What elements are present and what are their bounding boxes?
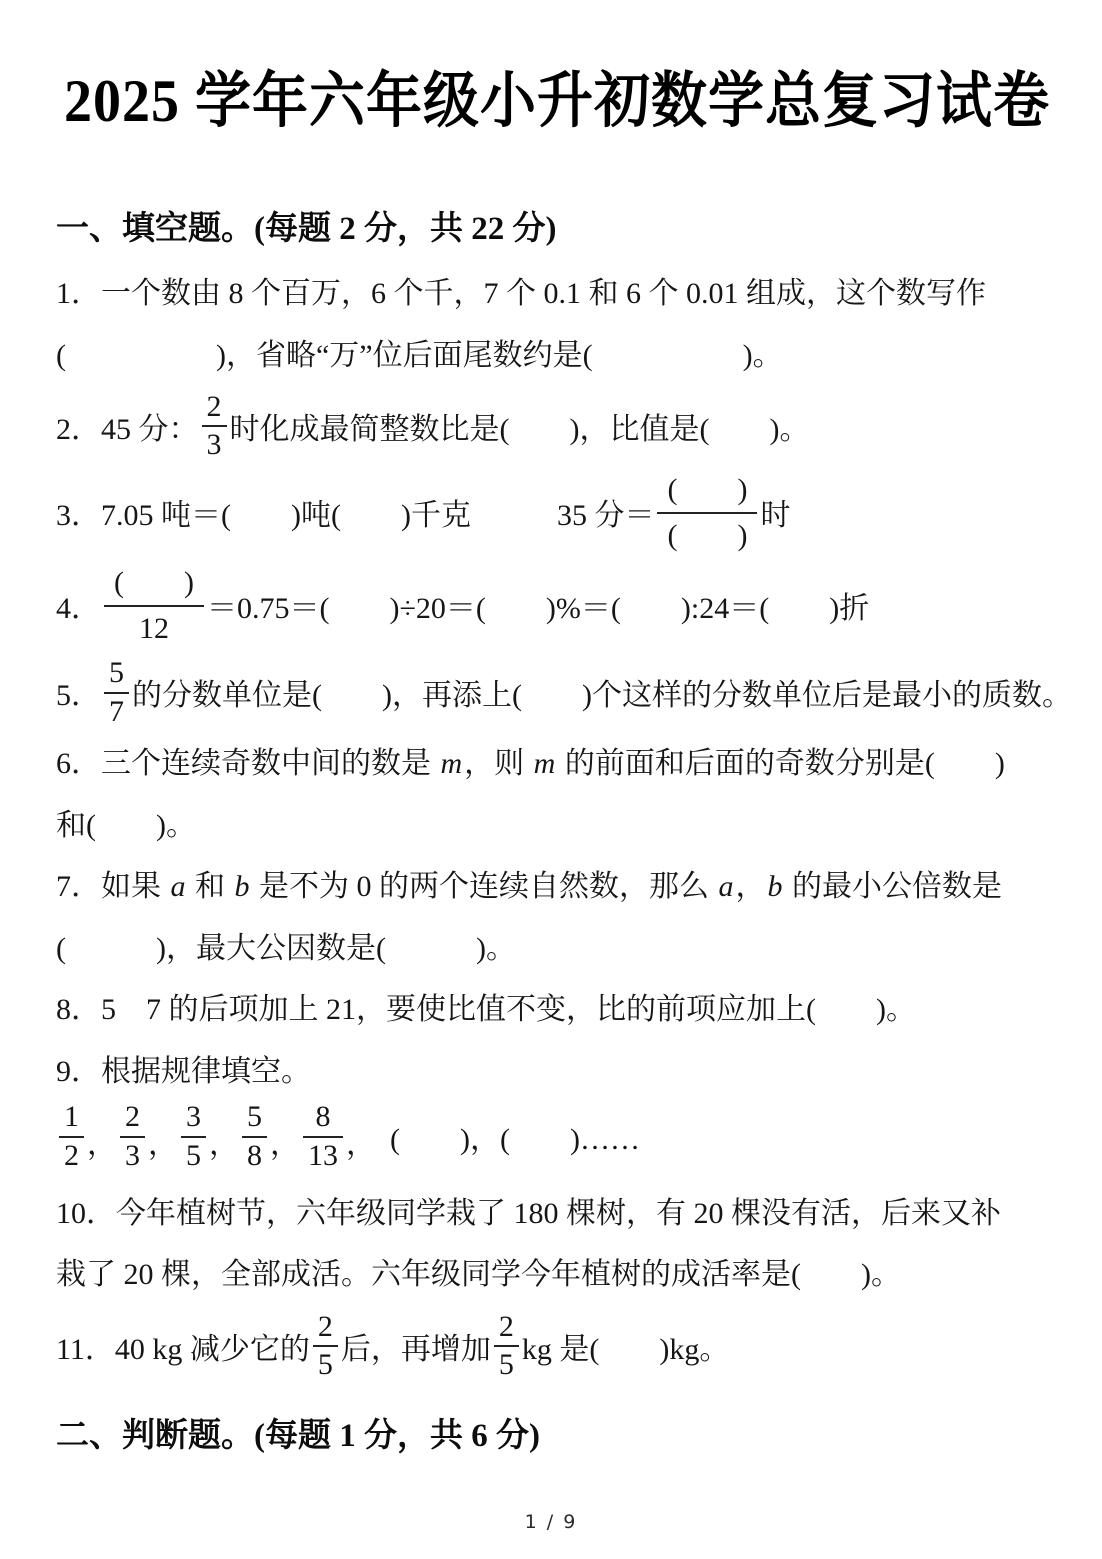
question-6-line-2: 和( )。 (56, 795, 1058, 857)
exam-page: 2025 学年六年级小升初数学总复习试卷 一、填空题。(每题 2 分，共 22 … (0, 0, 1102, 1456)
question-10: 10．今年植树节，六年级同学栽了 180 棵树，有 20 棵没有活，后来又补 栽… (56, 1183, 1058, 1306)
fraction-numerator: ( ) (104, 565, 204, 607)
question-1-line-2: ( )，省略“万”位后面尾数约是( )。 (56, 325, 1058, 387)
question-5-lead: 5． (56, 665, 101, 727)
fraction: 2 5 (313, 1311, 338, 1382)
question-10-line-2: 栽了 20 棵，全部成活。六年级同学今年植树的成活率是( )。 (56, 1244, 1058, 1306)
question-9: 9．根据规律填空。 1 2 ， 2 3 ， 3 5 ， 5 8 ， 8 (56, 1041, 1058, 1177)
fraction-numerator: 2 (313, 1311, 338, 1347)
question-11-text: 11．40 kg 减少它的 (56, 1319, 310, 1381)
fraction-denominator: 5 (181, 1138, 206, 1172)
question-3: 3．7.05 吨＝( )吨( )千克 35 分＝ ( ) ( ) 时 (56, 473, 1058, 560)
question-6: 6．三个连续奇数中间的数是 m，则 m 的前面和后面的奇数分别是( ) 和( )… (56, 733, 1058, 856)
section-judge-heading: 二、判断题。(每题 1 分，共 6 分) (56, 1409, 1058, 1456)
fraction-denominator: 3 (120, 1138, 145, 1172)
fraction-denominator: 12 (104, 607, 204, 647)
comma: ， (148, 1127, 178, 1177)
fraction: 5 8 (242, 1101, 267, 1172)
comma: ， (346, 1127, 376, 1177)
question-4: 4． ( ) 12 ＝0.75＝( )÷20＝( )%＝( ):24＝( )折 (56, 566, 1058, 653)
fraction-denominator: 8 (242, 1138, 267, 1172)
question-2: 2．45 分： 2 3 时化成最简整数比是( )，比值是( )。 (56, 392, 1058, 467)
question-3-part-2-tail: 时 (760, 485, 790, 547)
fraction: 5 7 (104, 657, 129, 728)
page-indicator: 1 / 9 (0, 1511, 1102, 1533)
question-11-text: 后，再增加 (341, 1319, 491, 1381)
fraction-numerator: 1 (59, 1101, 84, 1137)
question-9-line-1: 9．根据规律填空。 (56, 1041, 1058, 1103)
fraction: 3 5 (181, 1101, 206, 1172)
fraction: ( ) ( ) (657, 472, 757, 555)
fraction-numerator: 5 (104, 657, 129, 693)
fraction-numerator: 8 (303, 1101, 343, 1137)
comma: ， (270, 1127, 300, 1177)
variable-b: b (233, 870, 252, 903)
question-2-tail: 时化成最简整数比是( )，比值是( )。 (230, 399, 810, 461)
question-9-sequence: 1 2 ， 2 3 ， 3 5 ， 5 8 ， 8 13 ， (56, 1102, 1058, 1177)
question-6-text: ，则 (464, 747, 532, 780)
question-5: 5． 5 7 的分数单位是( )，再添上( )个这样的分数单位后是最小的质数。 (56, 658, 1058, 733)
question-11-text: kg 是( )kg。 (522, 1319, 729, 1381)
question-7: 7．如果 a 和 b 是不为 0 的两个连续自然数，那么 a，b 的最小公倍数是… (56, 856, 1058, 979)
fraction: ( ) 12 (104, 565, 204, 648)
question-9-tail: ( )，( )…… (390, 1109, 640, 1171)
question-5-tail: 的分数单位是( )，再添上( )个这样的分数单位后是最小的质数。 (132, 665, 1072, 727)
fraction: 2 3 (120, 1101, 145, 1172)
section-fill-heading: 一、填空题。(每题 2 分，共 22 分) (56, 202, 1058, 249)
fraction-denominator: 3 (202, 427, 227, 461)
question-7-line-2: ( )，最大公因数是( )。 (56, 918, 1058, 980)
question-4-tail: ＝0.75＝( )÷20＝( )%＝( ):24＝( )折 (207, 578, 869, 640)
question-7-text: 和 (188, 870, 233, 903)
question-6-line-1: 6．三个连续奇数中间的数是 m，则 m 的前面和后面的奇数分别是( ) (56, 733, 1058, 795)
fraction-denominator: 5 (313, 1347, 338, 1381)
variable-m: m (532, 747, 558, 780)
fraction-numerator: 2 (202, 391, 227, 427)
fraction: 2 5 (494, 1311, 519, 1382)
fraction-denominator: 7 (104, 694, 129, 728)
question-6-text: 的前面和后面的奇数分别是( ) (557, 747, 1004, 780)
question-1: 1．一个数由 8 个百万，6 个千，7 个 0.1 和 6 个 0.01 组成，… (56, 263, 1058, 386)
comma: ， (87, 1127, 117, 1177)
question-1-line-1: 1．一个数由 8 个百万，6 个千，7 个 0.1 和 6 个 0.01 组成，… (56, 263, 1058, 325)
question-8-text: 8．5 7 的后项加上 21，要使比值不变，比的前项应加上( )。 (56, 979, 1058, 1041)
variable-a: a (717, 870, 736, 903)
fraction-denominator: ( ) (657, 514, 757, 554)
variable-b: b (766, 870, 785, 903)
fraction-numerator: ( ) (657, 472, 757, 514)
fraction: 8 13 (303, 1101, 343, 1172)
page-title: 2025 学年六年级小升初数学总复习试卷 (56, 53, 1058, 139)
fraction: 2 3 (202, 391, 227, 462)
question-4-lead: 4． (56, 578, 101, 640)
question-10-line-1: 10．今年植树节，六年级同学栽了 180 棵树，有 20 棵没有活，后来又补 (56, 1183, 1058, 1245)
question-7-text: ， (736, 870, 766, 903)
fraction-numerator: 2 (120, 1101, 145, 1137)
question-11: 11．40 kg 减少它的 2 5 后，再增加 2 5 kg 是( )kg。 (56, 1312, 1058, 1387)
question-7-text: 是不为 0 的两个连续自然数，那么 (252, 870, 717, 903)
comma: ， (209, 1127, 239, 1177)
fraction: 1 2 (59, 1101, 84, 1172)
question-7-text: 的最小公倍数是 (785, 870, 1003, 903)
question-7-line-1: 7．如果 a 和 b 是不为 0 的两个连续自然数，那么 a，b 的最小公倍数是 (56, 856, 1058, 918)
question-3-part-1: 3．7.05 吨＝( )吨( )千克 (56, 485, 471, 547)
question-8: 8．5 7 的后项加上 21，要使比值不变，比的前项应加上( )。 (56, 979, 1058, 1041)
fraction-numerator: 5 (242, 1101, 267, 1137)
fraction-numerator: 2 (494, 1311, 519, 1347)
question-3-part-2-lead: 35 分＝ (557, 485, 655, 547)
fraction-numerator: 3 (181, 1101, 206, 1137)
question-2-lead: 2．45 分： (56, 399, 199, 461)
question-6-text: 6．三个连续奇数中间的数是 (56, 747, 439, 780)
fraction-denominator: 13 (303, 1138, 343, 1172)
question-7-text: 7．如果 (56, 870, 169, 903)
fraction-denominator: 5 (494, 1347, 519, 1381)
variable-a: a (169, 870, 188, 903)
variable-m: m (439, 747, 465, 780)
fraction-denominator: 2 (59, 1138, 84, 1172)
